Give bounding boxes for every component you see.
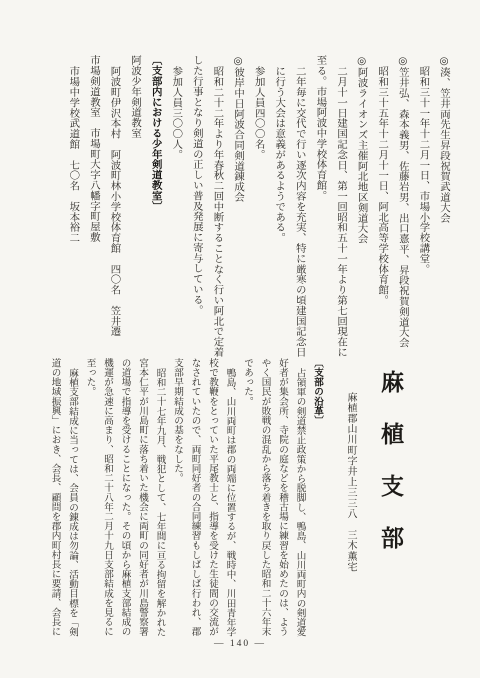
text-column: ◎湊、笠井両先生昇段祝賀武道大会	[432, 55, 453, 361]
text-column: 麻植支部結成に当っては、会員の錬成は勿論、活動目標を「剣	[64, 358, 82, 638]
text-column: ◎彼岸中日阿波合同剣道錬成会	[226, 55, 247, 361]
text-column: に行う大会は意義があるようである。	[268, 55, 289, 361]
top-section-columns: ◎湊、笠井両先生昇段祝賀武道大会 昭和三十一年十二月一日、市場小学校講堂。 ◎笠…	[62, 55, 453, 361]
text-column: 占領軍の剣道禁止政策から脱脚し、鴨島、山川両町内の剣道愛	[291, 358, 309, 638]
text-column: なされていたので、両町同好者の合同練習もしばしば行われ、郡	[186, 358, 204, 638]
text-column: 昭和三十一年十二月一日、市場小学校講堂。	[412, 55, 433, 361]
section-history-columns: 〔支部の沿革〕 占領軍の剣道禁止政策から脱脚し、鴨島、山川両町内の剣道愛 好者が…	[46, 358, 326, 638]
text-column: 至る。市場阿波中学校体育館。	[309, 55, 330, 361]
section-address: 麻植郡山川町字井上三三八 三木薫宅	[343, 392, 358, 572]
book-page: ◎湊、笠井両先生昇段祝賀武道大会 昭和三十一年十二月一日、市場小学校講堂。 ◎笠…	[0, 0, 480, 678]
text-column: 二月十一日建国記念日、第一回昭和五十一年より第七回現在に	[329, 55, 350, 361]
text-column: 機運が急速に高まり、昭和二十八年二月十九日支部結成を見るに	[99, 358, 117, 638]
text-column: の道場で指導を受けることになった。その頃から麻植支部結成の	[116, 358, 134, 638]
text-column: やく国民が敗戦の混乱から落ち着きを取り戻した昭和二十六年末	[256, 358, 274, 638]
text-column: 二年毎に交代で行い逐次内容を充実、特に厳寒の頃建国記念日	[288, 55, 309, 361]
text-column: 市場剣道教室 市場町大字八幡字町屋敷	[82, 55, 103, 361]
text-column: 参加人員四〇〇名。	[247, 55, 268, 361]
text-column: ◎笠井弘、森本義男、佐藤岩男、出口憙平、昇段祝賀剣道大会	[391, 55, 412, 361]
text-column: であった。	[239, 358, 257, 638]
text-column: 阿波少年剣道教室	[124, 55, 145, 361]
text-column: 好者が集会所、寺院の庭などを稽古場に練習を始めたのは、よう	[274, 358, 292, 638]
text-column: した行事となり剣道の正しい普及発展に寄与している。	[185, 55, 206, 361]
text-column: 参加人員三〇〇人。	[165, 55, 186, 361]
text-column: 〔支部内における少年剣道教室〕	[144, 55, 165, 361]
text-column: 昭和三十五年十二月十一日、阿北高等学校体育館。	[371, 55, 392, 361]
text-column: 支部早期結成の基をなした。	[169, 358, 187, 638]
text-column: 至った。	[81, 358, 99, 638]
text-column: 〔支部の沿革〕	[309, 358, 327, 638]
page-number: ― 140 ―	[0, 639, 480, 649]
text-column: 市場中学校武道館 七〇名 坂本裕二	[62, 55, 83, 361]
section-title: 麻植支部	[374, 370, 407, 578]
text-column: 昭和二十七年九月、戦犯として、七年間に亘る拘留を解かれた	[151, 358, 169, 638]
text-column: ◎阿波ライオンズ主催阿北地区剣道大会	[350, 55, 371, 361]
text-column: 道の地域振興」におき、会長、顧問を郡内町村長に要請、会長に	[46, 358, 64, 638]
text-column: 阿波町伊沢本村 阿波町林小学校体育館 四〇名 笠井遷	[103, 55, 124, 361]
text-column: 昭和二十二年より年春秋二回中断することなく行い阿北で定着	[206, 55, 227, 361]
text-column: 校で教鞭をとっていた平尾教士と、指導を受けた生徒間の交流が	[204, 358, 222, 638]
text-column: 鴨島、山川両町は郡の両端に位置するが、戦時中、川田青年学	[221, 358, 239, 638]
text-column: 宮本仁平が川島町に落ち着いた機会に両町の同好者が川島警察署	[134, 358, 152, 638]
